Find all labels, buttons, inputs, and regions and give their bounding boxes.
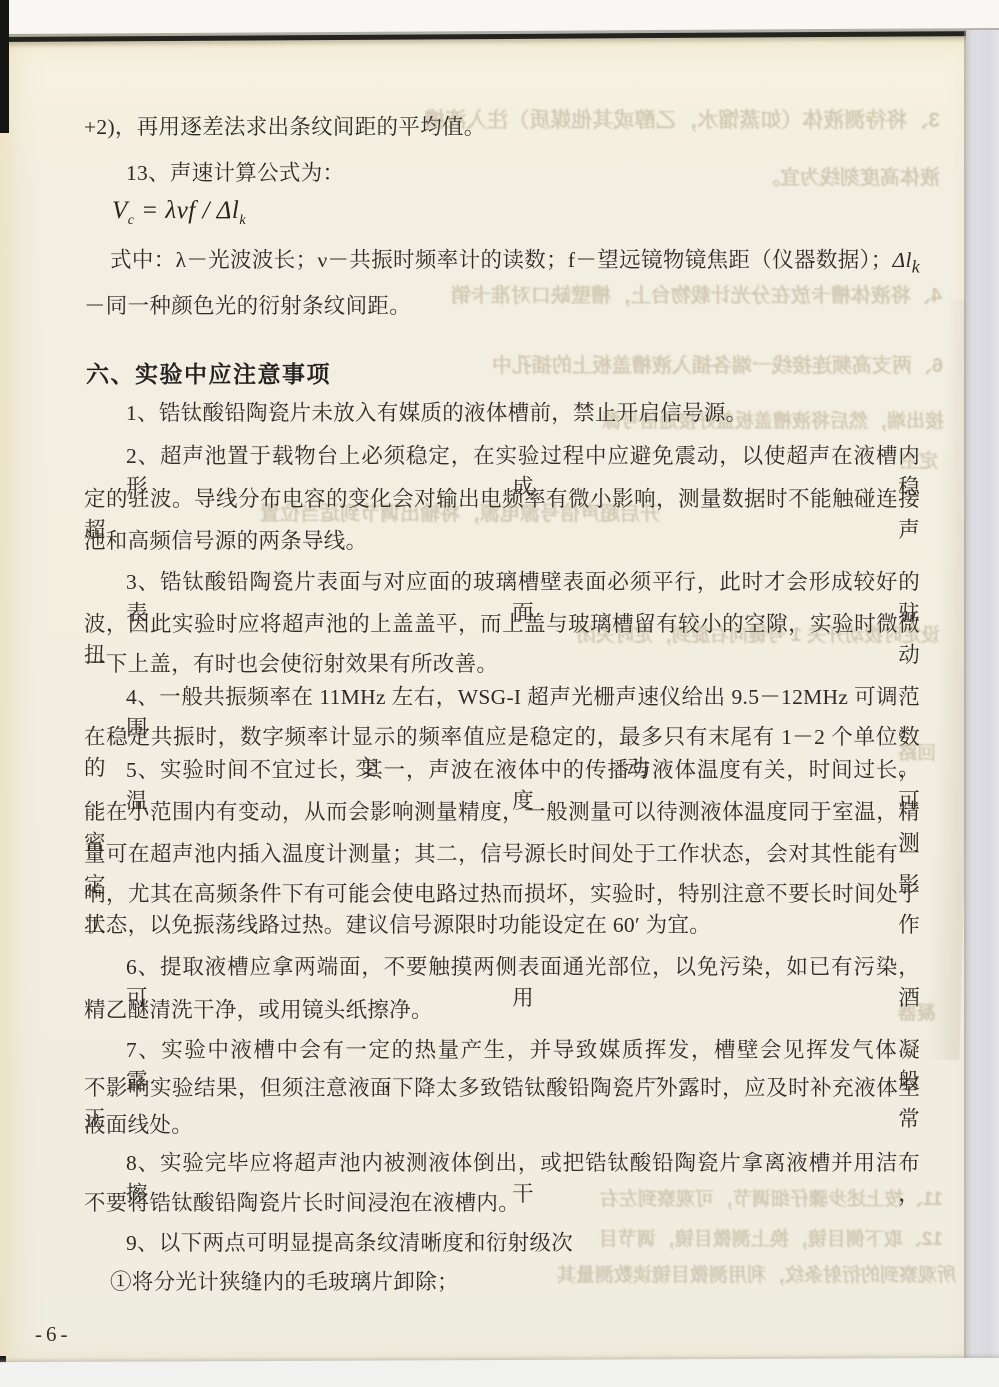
body-line: 一下上盖，有时也会使衍射效果有所改善。 (84, 649, 920, 681)
body-line: 7、实验中液槽中会有一定的热量产生，并导致媒质挥发，槽壁会见挥发气体凝露，一般 (84, 1035, 920, 1067)
formula-legend-cont: －同一种颜色光的衍射条纹间距。 (84, 291, 920, 323)
body-line: +2)，再用逐差法求出条纹间距的平均值。 (84, 112, 920, 144)
formula-legend-line: 式中：λ－光波波长；ν－共振时频率计的读数；f－望远镜物镜焦距（仪器数据）；Δl… (84, 245, 920, 277)
bleed-fragment: 6、两支高频连接线一端各插入液槽盖板上的插孔中 (488, 352, 943, 380)
body-line: 6、提取液槽应拿两端面，不要触摸两侧表面通光部位，以免污染，如已有污染，可用酒 (84, 952, 920, 984)
body-line: 5、实验时间不宜过长，其一，声波在液体中的传播与液体温度有关，时间过长，温度可 (84, 755, 920, 787)
body-line: 液面线处。 (84, 1110, 920, 1142)
scanned-page: 3、将待测液体（如蒸馏水，乙醇或其他媒质）注入液槽液体高度刻线为宜。4、将液体槽… (0, 0, 999, 1387)
body-line: 精乙醚清洗干净，或用镜头纸擦净。 (84, 995, 920, 1027)
velocity-formula: Vc = λvf / Δlk (112, 194, 246, 238)
body-line: 在稳定共振时，数字频率计显示的频率值应是稳定的，最多只有末尾有 1－2 个单位数… (84, 722, 920, 754)
body-line: 不影响实验结果，但须注意液面下降太多致锆钛酸铅陶瓷片外露时，应及时补充液体至正常 (84, 1073, 920, 1105)
body-line: 定的驻波。导线分布电容的变化会对输出电频率有微小影响，测量数据时不能触碰连接超声 (84, 484, 920, 516)
body-line: 不要将锆钛酸铅陶瓷片长时间浸泡在液槽内。 (84, 1188, 920, 1220)
formula-rhs-sub: k (239, 213, 246, 228)
body-line: 3、锆钛酸铅陶瓷片表面与对应面的玻璃槽壁表面必须平行，此时才会形成较好的表面驻 (84, 567, 920, 599)
body-line: 2、超声池置于载物台上必须稳定，在实验过程中应避免震动，以使超声在液槽内形成稳 (84, 441, 920, 473)
body-line: 1、锆钛酸铅陶瓷片未放入有媒质的液体槽前，禁止开启信号源。 (84, 398, 920, 430)
body-line: 能在小范围内有变动，从而会影响测量精度，一般测量可以待测液体温度同于室温，精密测 (84, 797, 920, 829)
body-line: 响，尤其在高频条件下有可能会使电路过热而损坏，实验时，特别注意不要长时间处于工作 (84, 879, 920, 911)
body-line: 波，因此实验时应将超声池的上盖盖平，而上盖与玻璃槽留有较小的空隙，实验时微微扭动 (84, 609, 920, 641)
legend-text: 式中：λ－光波波长；ν－共振时频率计的读数；f－望远镜物镜焦距（仪器数据）； (110, 248, 893, 272)
body-line: 池和高频信号源的两条导线。 (84, 526, 920, 558)
formula-rhs: = λvf / Δl (135, 197, 240, 224)
body-line: 8、实验完毕应将超声池内被测液体倒出，或把锆钛酸铅陶瓷片拿离液槽并用洁布擦干， (84, 1148, 920, 1180)
body-line: 量可在超声池内插入温度计测量；其二，信号源长时间处于工作状态，会对其性能有一定影 (84, 839, 920, 871)
body-line: 9、以下两点可明显提高条纹清晰度和衍射级次 (84, 1228, 920, 1260)
formula-lhs-sub: c (128, 213, 135, 228)
body-line: 状态，以免振荡线路过热。建议信号源限时功能设定在 60′ 为宜。 (84, 910, 920, 942)
section-heading: 六、实验中应注意事项 (86, 358, 331, 390)
formula-lhs: V (112, 197, 128, 224)
delta-l-sub: k (912, 256, 920, 276)
body-line: 4、一般共振频率在 11MHz 左右，WSG-I 超声光栅声速仪给出 9.5－1… (84, 682, 920, 714)
body-line: ①将分光计狭缝内的毛玻璃片卸除； (84, 1267, 920, 1299)
page-number: -6- (35, 1320, 72, 1348)
body-line: 13、声速计算公式为： (84, 158, 920, 190)
delta-l-symbol: Δl (893, 248, 912, 272)
